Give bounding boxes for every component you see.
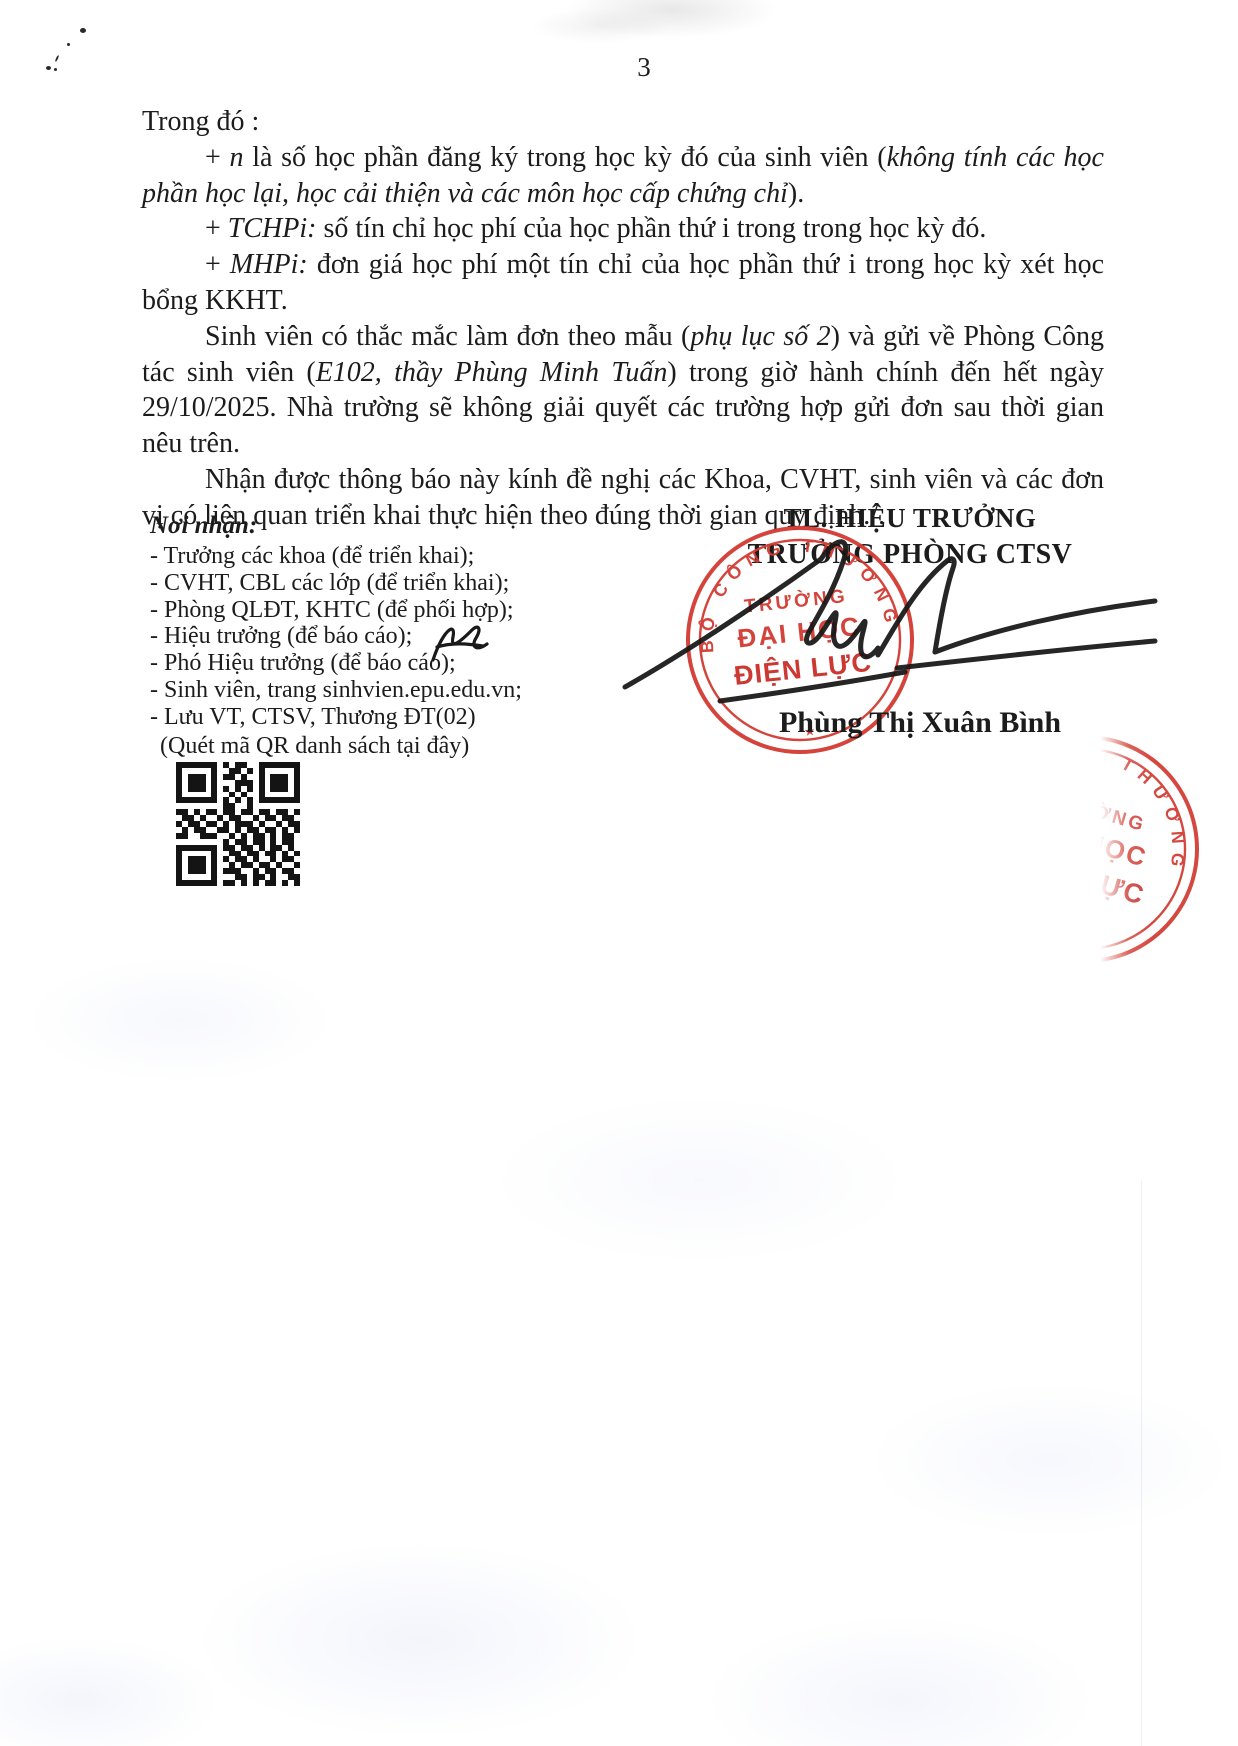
official-stamp-partial: BỘ CÔNG THƯƠNG TRƯỜNG ĐẠI HỌC ĐIỆN LỰC ★ xyxy=(1100,712,1230,992)
signatory-name: Phùng Thị Xuân Bình xyxy=(720,706,1120,740)
recipient-item: - CVHT, CBL các lớp (để triển khai); xyxy=(150,570,522,597)
recipient-item: - Trưởng các khoa (để triển khai); xyxy=(150,543,522,570)
recipients-heading: Nơi nhận: xyxy=(150,512,257,540)
handwritten-initials xyxy=(425,616,497,668)
recipient-item: - Sinh viên, trang sinhvien.epu.edu.vn; xyxy=(150,677,522,704)
qr-caption: (Quét mã QR danh sách tại đây) xyxy=(160,733,469,760)
qr-code xyxy=(176,762,300,886)
scanned-document-page: 3 Trong đó : + n là số học phần đăng ký … xyxy=(0,0,1238,1746)
recipient-item: - Lưu VT, CTSV, Thương ĐT(02) xyxy=(150,704,522,731)
paragraph: + n là số học phần đăng ký trong học kỳ … xyxy=(142,140,1104,212)
stamp-line1: TRƯỜNG xyxy=(1100,787,1149,837)
intro-line: Trong đó : xyxy=(142,104,1104,140)
body-text: Trong đó : + n là số học phần đăng ký tr… xyxy=(142,104,1104,534)
partial-stamp-clip: BỘ CÔNG THƯƠNG TRƯỜNG ĐẠI HỌC ĐIỆN LỰC ★ xyxy=(1100,712,1230,992)
ink-speck xyxy=(80,28,86,33)
page-number: 3 xyxy=(0,52,1238,83)
handwritten-signature xyxy=(555,515,1175,725)
paragraph: + TCHPi: số tín chỉ học phí của học phần… xyxy=(142,211,1104,247)
paper-fold-line xyxy=(1141,1180,1142,1746)
paragraph: Sinh viên có thắc mắc làm đơn theo mẫu (… xyxy=(142,319,1104,462)
paragraph: + MHPi: đơn giá học phí một tín chỉ của … xyxy=(142,247,1104,319)
ink-speck xyxy=(67,43,70,46)
